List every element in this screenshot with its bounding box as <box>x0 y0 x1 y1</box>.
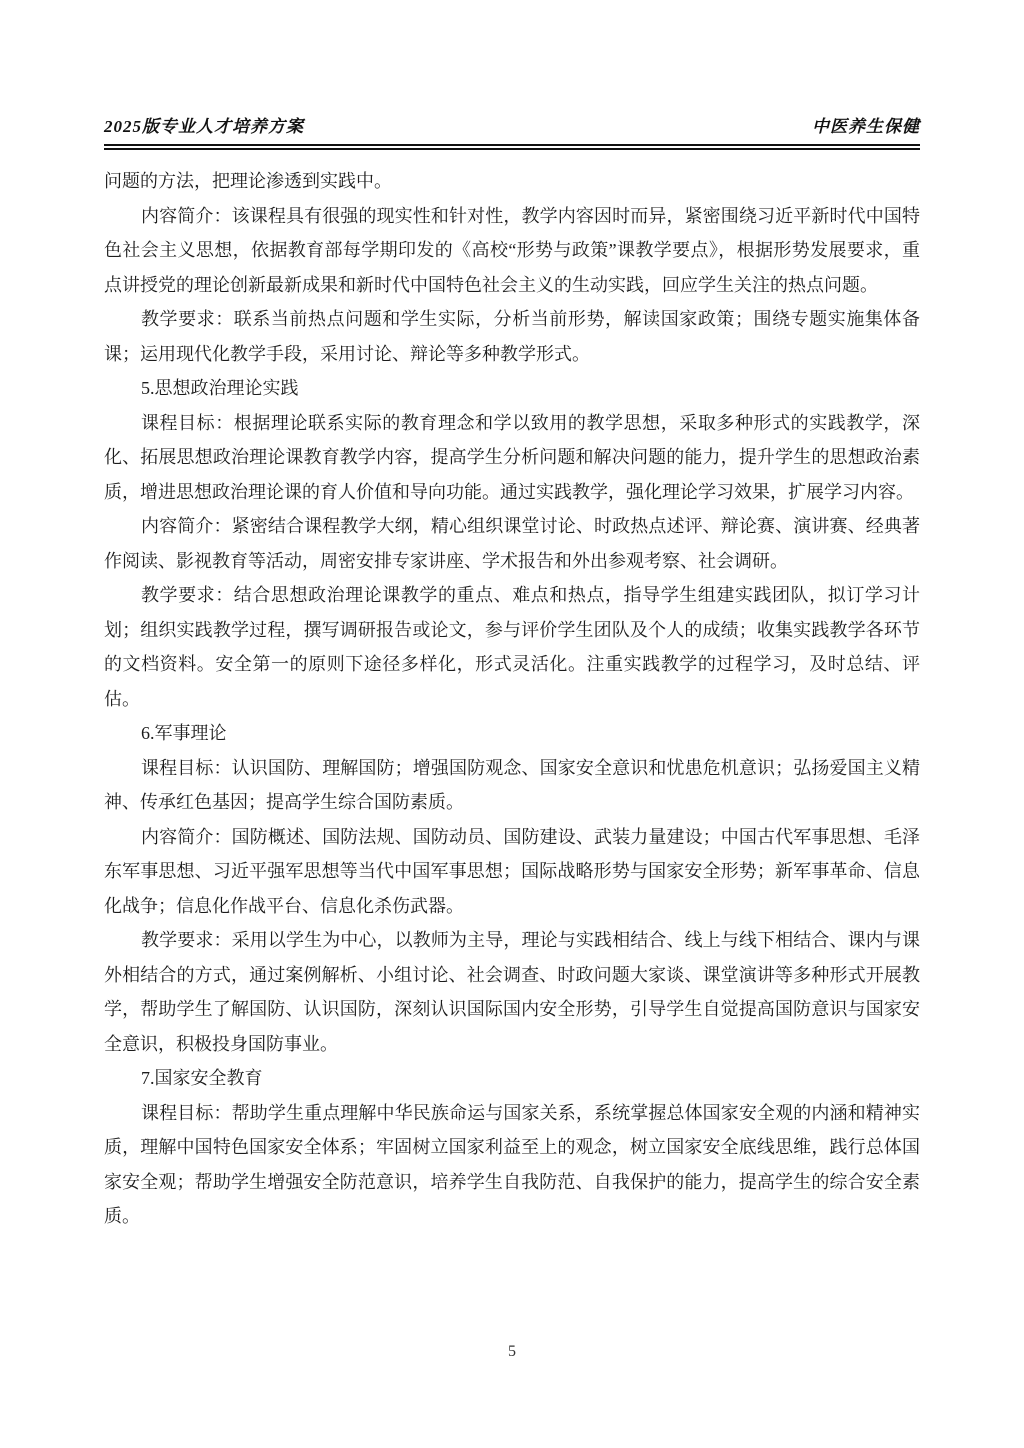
paragraph: 内容简介：紧密结合课程教学大纲，精心组织课堂讨论、时政热点述评、辩论赛、演讲赛、… <box>104 509 920 578</box>
section-heading: 7.国家安全教育 <box>104 1061 920 1096</box>
paragraph: 教学要求：采用以学生为中心，以教师为主导，理论与实践相结合、线上与线下相结合、课… <box>104 923 920 1061</box>
header-right-title: 中医养生保健 <box>812 112 920 137</box>
paragraph: 课程目标：根据理论联系实际的教育理念和学以致用的教学思想，采取多种形式的实践教学… <box>104 406 920 510</box>
page-header: 2025版专业人才培养方案 中医养生保健 <box>104 112 920 144</box>
document-page: 2025版专业人才培养方案 中医养生保健 问题的方法，把理论渗透到实践中。内容简… <box>0 0 1024 1448</box>
header-double-rule <box>104 144 920 150</box>
paragraph: 课程目标：帮助学生重点理解中华民族命运与国家关系，系统掌握总体国家安全观的内涵和… <box>104 1096 920 1234</box>
paragraph: 问题的方法，把理论渗透到实践中。 <box>104 164 920 199</box>
paragraph: 课程目标：认识国防、理解国防；增强国防观念、国家安全意识和忧患危机意识；弘扬爱国… <box>104 751 920 820</box>
section-heading: 5.思想政治理论实践 <box>104 371 920 406</box>
document-body: 问题的方法，把理论渗透到实践中。内容简介：该课程具有很强的现实性和针对性，教学内… <box>104 164 920 1234</box>
section-heading: 6.军事理论 <box>104 716 920 751</box>
paragraph: 教学要求：联系当前热点问题和学生实际，分析当前形势，解读国家政策；围绕专题实施集… <box>104 302 920 371</box>
paragraph: 内容简介：国防概述、国防法规、国防动员、国防建设、武装力量建设；中国古代军事思想… <box>104 820 920 924</box>
page-footer: 5 <box>0 1343 1024 1361</box>
paragraph: 教学要求：结合思想政治理论课教学的重点、难点和热点，指导学生组建实践团队，拟订学… <box>104 578 920 716</box>
page-number: 5 <box>508 1343 516 1360</box>
paragraph: 内容简介：该课程具有很强的现实性和针对性，教学内容因时而异，紧密围绕习近平新时代… <box>104 199 920 303</box>
header-left-title: 2025版专业人才培养方案 <box>104 112 304 137</box>
